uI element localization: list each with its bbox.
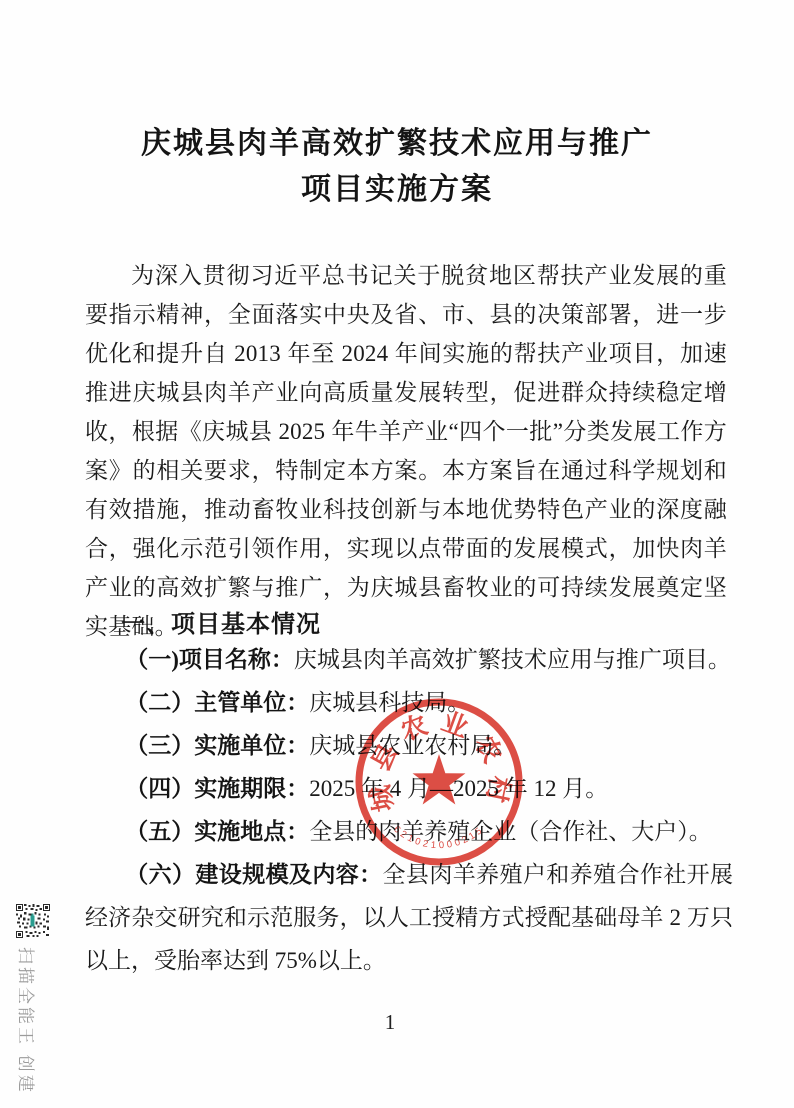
list-item: （六）建设规模及内容：全县肉羊养殖户和养殖合作社开展经济杂交研究和示范服务，以人… <box>85 853 733 982</box>
item-label: （一)项目名称： <box>125 647 294 672</box>
document-page: 庆城县肉羊高效扩繁技术应用与推广 项目实施方案 为深入贯彻习近平总书记关于脱贫地… <box>0 0 794 1108</box>
item-text: 庆城县肉羊高效扩繁技术应用与推广项目。 <box>294 647 731 672</box>
item-text: 庆城县科技局。 <box>309 690 470 715</box>
intro-paragraph: 为深入贯彻习近平总书记关于脱贫地区帮扶产业发展的重要指示精神，全面落实中央及省、… <box>85 256 727 646</box>
section-heading: 一、项目基本情况 <box>85 604 725 639</box>
list-item: （一)项目名称：庆城县肉羊高效扩繁技术应用与推广项目。 <box>85 638 733 681</box>
item-text: 全县的肉羊养殖企业（合作社、大户）。 <box>309 819 712 844</box>
item-label: （三）实施单位： <box>125 733 309 758</box>
list-item: （三）实施单位：庆城县农业农村局。 <box>85 724 733 767</box>
page-number: 1 <box>0 1010 780 1035</box>
qr-code-icon <box>16 903 50 939</box>
list-item: （五）实施地点：全县的肉羊养殖企业（合作社、大户）。 <box>85 810 733 853</box>
list-item: （四）实施期限：2025 年 4 月—2025 年 12 月。 <box>85 767 733 810</box>
title-line-2: 项目实施方案 <box>0 167 794 213</box>
item-label: （四）实施期限： <box>125 776 309 801</box>
document-title: 庆城县肉羊高效扩繁技术应用与推广 项目实施方案 <box>0 121 794 213</box>
item-text: 2025 年 4 月—2025 年 12 月。 <box>309 776 608 801</box>
list-item: （二）主管单位：庆城县科技局。 <box>85 681 733 724</box>
item-label: （二）主管单位： <box>125 690 309 715</box>
item-label: （五）实施地点： <box>125 819 309 844</box>
title-line-1: 庆城县肉羊高效扩繁技术应用与推广 <box>0 121 794 167</box>
item-text: 庆城县农业农村局。 <box>309 733 516 758</box>
item-list: （一)项目名称：庆城县肉羊高效扩繁技术应用与推广项目。 （二）主管单位：庆城县科… <box>85 638 733 982</box>
item-label: （六）建设规模及内容： <box>125 862 382 887</box>
